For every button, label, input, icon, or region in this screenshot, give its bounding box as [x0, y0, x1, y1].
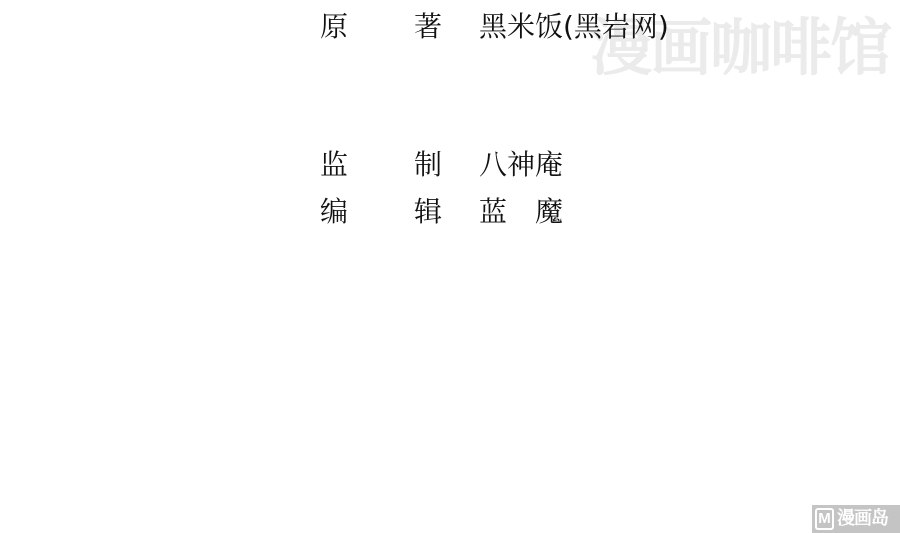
credit-value-editor: 蓝 魔 [479, 192, 563, 232]
credit-label-char-2: 制 [414, 145, 442, 185]
credit-label-char-2: 著 [414, 7, 442, 47]
credit-row-editor: 编 辑 蓝 魔 [0, 192, 900, 232]
manhuadao-watermark-badge: M 漫画岛 [812, 505, 900, 533]
badge-text: 漫画岛 [837, 507, 888, 531]
credit-label-char-2: 辑 [414, 192, 442, 232]
credit-row-supervisor: 监 制 八神庵 [0, 145, 900, 185]
credit-label-char-1: 编 [320, 192, 348, 232]
comic-credits-page: 漫画咖啡馆 原 著 黑米饭(黑岩网) 监 制 八神庵 编 辑 蓝 魔 M 漫画岛 [0, 0, 900, 533]
credit-value-author: 黑米饭(黑岩网) [479, 7, 669, 47]
credit-label-char-1: 监 [320, 145, 348, 185]
credit-label-char-1: 原 [320, 7, 348, 47]
m-logo-icon: M [815, 508, 834, 530]
credit-value-supervisor: 八神庵 [479, 145, 563, 185]
credit-row-original-author: 原 著 黑米饭(黑岩网) [0, 7, 900, 47]
